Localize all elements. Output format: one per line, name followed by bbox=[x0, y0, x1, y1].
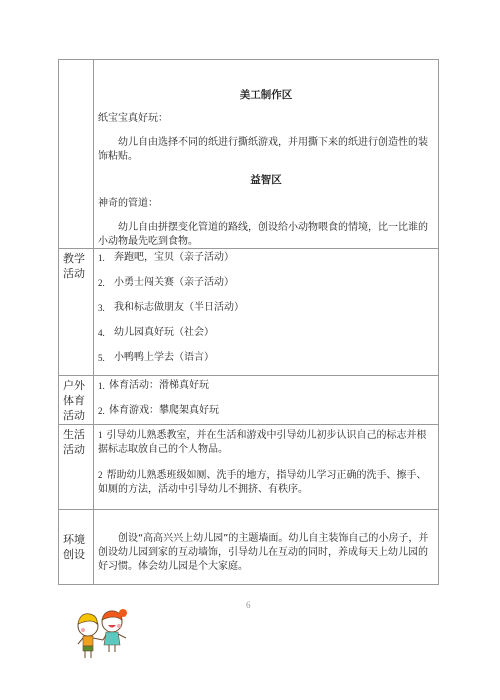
list-item: 1引导幼儿熟悉教室，并在生活和游戏中引导幼儿初步认识自己的标志并根据标志取放自己… bbox=[98, 428, 434, 457]
section-title: 纸宝宝真好玩： bbox=[98, 112, 434, 126]
page-number: 6 bbox=[246, 600, 251, 610]
row-label: 生活活动 bbox=[59, 425, 94, 509]
section-body: 幼儿自由拼摆变化管道的路线，创设给小动物喂食的情境，比一比谁的小动物最先吃到食物… bbox=[98, 221, 434, 249]
list-item: 2.小勇士闯关赛（亲子活动） bbox=[98, 276, 434, 290]
section-heading-art: 美工制作区 bbox=[98, 88, 434, 102]
row-label: 户外体育活动 bbox=[59, 376, 94, 424]
row-label: 教学活动 bbox=[59, 249, 94, 375]
plan-table: 美工制作区 纸宝宝真好玩： 幼儿自由选择不同的纸进行撕纸游戏，并用撕下来的纸进行… bbox=[58, 59, 439, 585]
row-label bbox=[59, 60, 94, 248]
row-content: 创设“高高兴兴上幼儿园”的主题墙面。幼儿自主装饰自己的小房子，并创设幼儿园到家的… bbox=[94, 510, 438, 584]
list-item: 5.小鸭鸭上学去（语言） bbox=[98, 351, 434, 365]
list-item: 2帮助幼儿熟悉班级如厕、洗手的地方，指导幼儿学习正确的洗手、擦手、如厕的方法，活… bbox=[98, 468, 434, 497]
section-title: 神奇的管道： bbox=[98, 197, 434, 211]
table-row-daily-life: 生活活动 1引导幼儿熟悉教室，并在生活和游戏中引导幼儿初步认识自己的标志并根据标… bbox=[59, 424, 438, 509]
row-content: 美工制作区 纸宝宝真好玩： 幼儿自由选择不同的纸进行撕纸游戏，并用撕下来的纸进行… bbox=[94, 60, 438, 248]
row-label: 环境创设 bbox=[59, 510, 94, 584]
row-content: 1引导幼儿熟悉教室，并在生活和游戏中引导幼儿初步认识自己的标志并根据标志取放自己… bbox=[94, 425, 438, 509]
table-row-teaching: 教学活动 1.奔跑吧，宝贝（亲子活动） 2.小勇士闯关赛（亲子活动） 3.我和标… bbox=[59, 248, 438, 375]
table-row-environment: 环境创设 创设“高高兴兴上幼儿园”的主题墙面。幼儿自主装饰自己的小房子，并创设幼… bbox=[59, 509, 438, 584]
row-content: 1.奔跑吧，宝贝（亲子活动） 2.小勇士闯关赛（亲子活动） 3.我和标志做朋友（… bbox=[94, 249, 438, 375]
kids-illustration-icon bbox=[70, 608, 140, 672]
table-row-areas: 美工制作区 纸宝宝真好玩： 幼儿自由选择不同的纸进行撕纸游戏，并用撕下来的纸进行… bbox=[59, 60, 438, 248]
row-content: 1.体育活动：滑梯真好玩 2.体育游戏：攀爬架真好玩 bbox=[94, 376, 438, 424]
list-item: 4.幼儿园真好玩（社会） bbox=[98, 326, 434, 340]
list-item: 1.体育活动：滑梯真好玩 bbox=[98, 379, 434, 393]
list-item: 1.奔跑吧，宝贝（亲子活动） bbox=[98, 251, 434, 265]
section-body: 幼儿自由选择不同的纸进行撕纸游戏，并用撕下来的纸进行创造性的装饰粘贴。 bbox=[98, 136, 434, 164]
list-item: 2.体育游戏：攀爬架真好玩 bbox=[98, 404, 434, 418]
list-item: 3.我和标志做朋友（半日活动） bbox=[98, 301, 434, 315]
section-heading-puzzle: 益智区 bbox=[98, 173, 434, 187]
table-row-outdoor: 户外体育活动 1.体育活动：滑梯真好玩 2.体育游戏：攀爬架真好玩 bbox=[59, 375, 438, 424]
environment-text: 创设“高高兴兴上幼儿园”的主题墙面。幼儿自主装饰自己的小房子，并创设幼儿园到家的… bbox=[98, 532, 434, 574]
